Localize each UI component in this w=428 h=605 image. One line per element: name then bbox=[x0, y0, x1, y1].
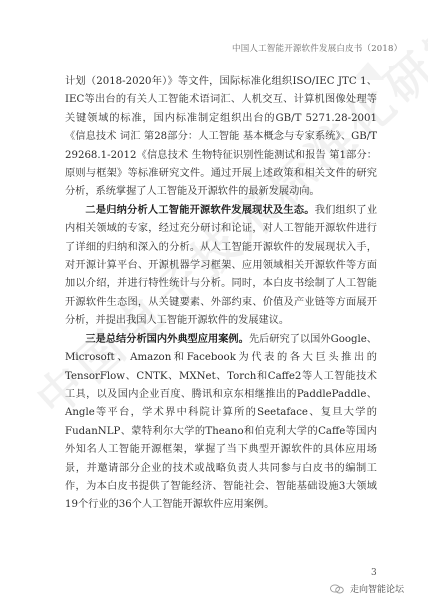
running-header: 中国人工智能开源软件发展白皮书（2018） bbox=[232, 42, 402, 54]
wechat-icon bbox=[330, 584, 344, 594]
paragraph-policy-research: 计划（2018-2020年）》等文件，国际标准化组织ISO/IEC JTC 1、… bbox=[65, 73, 377, 202]
paragraph-text: 先后研究了以国外Google、Microsoft、Amazon和Facebook… bbox=[65, 334, 377, 511]
page-number: 3 bbox=[371, 568, 377, 578]
paragraph-application-cases: 三是总结分析国内外典型应用案例。先后研究了以国外Google、Microsoft… bbox=[65, 331, 377, 515]
paragraph-lead: 三是总结分析国内外典型应用案例。 bbox=[85, 334, 248, 345]
paragraph-text: 我们组织了业内相关领域的专家，经过充分研讨和论证，对人工智能开源软件进行了详细的… bbox=[65, 205, 377, 326]
paragraph-lead: 二是归纳分析人工智能开源软件发展现状及生态。 bbox=[85, 205, 314, 216]
source-watermark: 走向智能论坛 bbox=[330, 582, 404, 595]
paragraph-ecosystem-analysis: 二是归纳分析人工智能开源软件发展现状及生态。我们组织了业内相关领域的专家，经过充… bbox=[65, 202, 377, 331]
source-label: 走向智能论坛 bbox=[350, 582, 404, 595]
document-page: 中国电子技术标准化研究院 中国人工智能开源软件发展白皮书（2018） 计划（20… bbox=[0, 0, 428, 605]
body-text: 计划（2018-2020年）》等文件，国际标准化组织ISO/IEC JTC 1、… bbox=[65, 73, 377, 515]
